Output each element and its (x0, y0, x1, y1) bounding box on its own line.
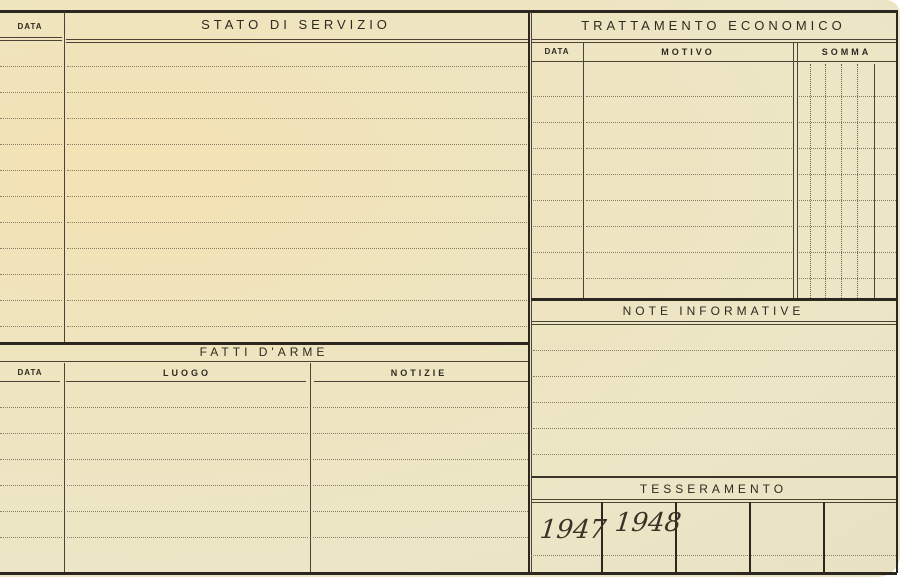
stato-di-servizio-title: STATO DI SERVIZIO (64, 17, 528, 32)
tesseramento-cell-1947: 1947 (538, 515, 607, 545)
ruled-line (799, 148, 896, 149)
ruled-line (586, 252, 792, 253)
stato-data-header: DATA (0, 22, 60, 31)
rule (874, 64, 875, 298)
ruled-line (0, 433, 62, 434)
ruled-line (586, 122, 792, 123)
ruled-line (586, 96, 792, 97)
trattamento-divider-2b (797, 42, 798, 298)
ruled-line (0, 485, 62, 486)
rule (531, 39, 896, 40)
center-divider (528, 10, 530, 573)
rule (0, 37, 62, 38)
ruled-line (67, 196, 527, 197)
rule (531, 476, 896, 478)
ruled-line (67, 433, 308, 434)
ruled-line (67, 459, 308, 460)
rule (0, 40, 62, 41)
rule (531, 42, 896, 43)
ruled-line (313, 511, 528, 512)
rule (825, 64, 826, 298)
ruled-line (313, 485, 528, 486)
ruled-line (313, 459, 528, 460)
ruled-line (0, 118, 62, 119)
ruled-line (67, 407, 308, 408)
ruled-line (0, 170, 62, 171)
trattamento-somma-header: SOMMA (797, 47, 896, 57)
fatti-luogo-header: LUOGO (64, 368, 310, 378)
ruled-line (67, 485, 308, 486)
rule (841, 64, 842, 298)
tesseramento-cell-4 (751, 504, 821, 570)
ruled-line (533, 376, 895, 377)
rule (0, 381, 60, 382)
rule (531, 502, 896, 503)
ruled-line (533, 174, 582, 175)
ruled-line (313, 407, 528, 408)
ruled-line (67, 300, 527, 301)
ruled-line (67, 537, 308, 538)
fatti-divider-2 (310, 363, 311, 572)
rule (857, 64, 858, 298)
rule (531, 499, 896, 500)
top-border (0, 10, 897, 13)
ruled-line (67, 170, 527, 171)
rule (531, 61, 896, 62)
ruled-line (67, 326, 527, 327)
ruled-line (0, 274, 62, 275)
note-informative-title: NOTE INFORMATIVE (531, 304, 896, 318)
ruled-line (533, 402, 895, 403)
fatti-divider-1 (64, 363, 65, 572)
ruled-line (67, 248, 527, 249)
rule (531, 298, 896, 301)
trattamento-data-header: DATA (531, 47, 583, 56)
ruled-line (586, 174, 792, 175)
ruled-line (586, 226, 792, 227)
ruled-line (533, 96, 582, 97)
ruled-line (533, 122, 582, 123)
stato-column-divider (64, 12, 65, 342)
ruled-line (799, 96, 896, 97)
trattamento-economico-title: TRATTAMENTO ECONOMICO (531, 18, 896, 33)
trattamento-divider-2 (793, 42, 794, 298)
ruled-line (0, 196, 62, 197)
fatti-d-arme-title: FATTI D'ARME (0, 345, 528, 359)
ruled-line (0, 66, 62, 67)
ruled-line (533, 454, 895, 455)
trattamento-divider-1 (583, 42, 584, 298)
ruled-line (799, 252, 896, 253)
ruled-line (67, 92, 527, 93)
ruled-line (0, 537, 62, 538)
ruled-line (799, 174, 896, 175)
ruled-line (586, 148, 792, 149)
ruled-line (67, 222, 527, 223)
rule (314, 381, 528, 382)
rule (0, 361, 528, 362)
fatti-data-header: DATA (0, 368, 60, 377)
ruled-line (799, 226, 896, 227)
ruled-line (67, 274, 527, 275)
trattamento-motivo-header: MOTIVO (583, 47, 793, 57)
ruled-line (586, 278, 792, 279)
ruled-line (0, 407, 62, 408)
ruled-line (67, 66, 527, 67)
right-border (896, 10, 898, 573)
ruled-line (799, 278, 896, 279)
ruled-line (533, 200, 582, 201)
ruled-line (313, 433, 528, 434)
ruled-line (586, 200, 792, 201)
ruled-line (533, 350, 895, 351)
ruled-line (533, 252, 582, 253)
ruled-line (0, 222, 62, 223)
tesseramento-cell-5 (825, 504, 895, 570)
service-record-card: DATA STATO DI SERVIZIO FATTI D'ARME DATA… (0, 0, 900, 577)
ruled-line (0, 459, 62, 460)
rule (810, 64, 811, 298)
bottom-border (0, 572, 897, 575)
fatti-notizie-header: NOTIZIE (310, 368, 528, 378)
ruled-line (533, 226, 582, 227)
rule (66, 39, 528, 40)
rule (531, 321, 896, 322)
ruled-line (533, 148, 582, 149)
ruled-line (799, 200, 896, 201)
tesseramento-cell-3 (677, 504, 747, 570)
ruled-line (0, 326, 62, 327)
ruled-line (799, 122, 896, 123)
rule (531, 324, 896, 325)
ruled-line (0, 511, 62, 512)
ruled-line (67, 511, 308, 512)
ruled-line (533, 428, 895, 429)
ruled-line (0, 144, 62, 145)
rule (66, 42, 528, 43)
ruled-line (0, 300, 62, 301)
ruled-line (0, 92, 62, 93)
tesseramento-cell-1948: 1948 (613, 508, 682, 538)
tesseramento-title: TESSERAMENTO (531, 482, 896, 496)
ruled-line (533, 278, 582, 279)
ruled-line (313, 537, 528, 538)
ruled-line (0, 248, 62, 249)
rule (66, 381, 306, 382)
ruled-line (67, 144, 527, 145)
ruled-line (67, 118, 527, 119)
